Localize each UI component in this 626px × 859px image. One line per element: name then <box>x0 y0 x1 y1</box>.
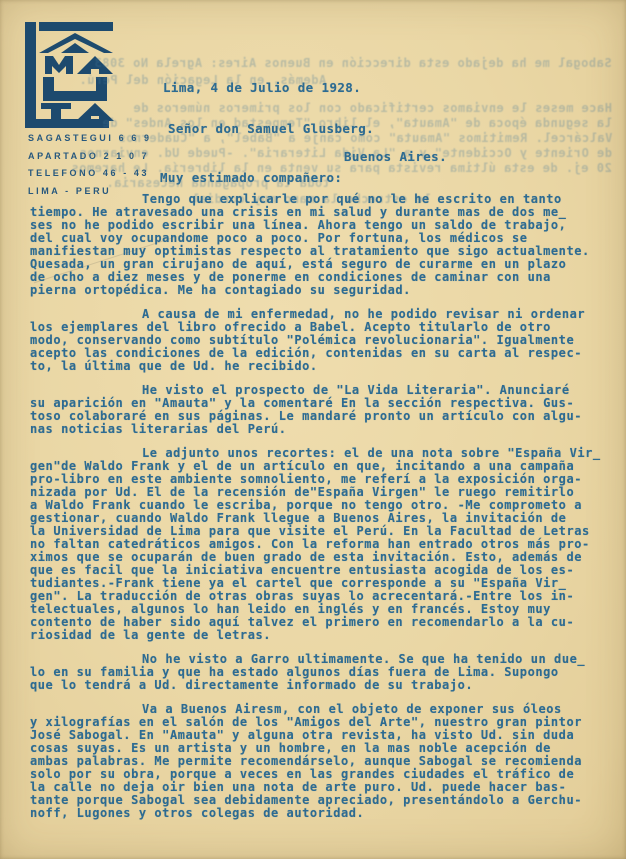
paragraph: He visto el prospecto de "La Vida Litera… <box>30 384 616 436</box>
address-line-street: SAGASTEGUI 6 6 9 <box>28 130 178 148</box>
letter-page: SAGASTEGUI 6 6 9 APARTADO 2 1 0 7 TELEFO… <box>0 0 626 859</box>
paragraph: No he visto a Garro ultimamente. Se que … <box>30 653 616 692</box>
letter-line: riosidad de la gente de letras. <box>30 629 616 642</box>
letter-line: que lo tendrá a Ud. directamente informa… <box>30 679 616 692</box>
paragraph: A causa de mi enfermedad, no he podido r… <box>30 308 616 373</box>
recipient-city: Buenos Aires. <box>344 149 447 164</box>
bleedthrough-line: Sabogal me ha dejado esta dirección en B… <box>94 56 612 70</box>
address-line-apartado: APARTADO 2 1 0 7 <box>28 148 178 166</box>
paragraph: Tengo que explicarle por qué no le he es… <box>30 193 616 297</box>
letterhead-address: SAGASTEGUI 6 6 9 APARTADO 2 1 0 7 TELEFO… <box>28 130 178 200</box>
letter-body: Tengo que explicarle por qué no le he es… <box>30 193 616 831</box>
address-line-telefono: TELEFONO 46 - 43 <box>28 165 178 183</box>
paragraph: Le adjunto unos recortes: el de una nota… <box>30 447 616 642</box>
bleedthrough-line: Hace meses le enviamos certificado con l… <box>133 101 612 115</box>
letter-line: pierna ortopédica. Me ha contagiado su s… <box>30 284 616 297</box>
dateline: Lima, 4 de Julio de 1928. <box>163 80 361 95</box>
letter-line: to, la última que de Ud. he recibido. <box>30 360 616 373</box>
letter-line: nas noticias literarias del Perú. <box>30 423 616 436</box>
paragraph: Va a Buenos Airesm, con el objeto de exp… <box>30 703 616 820</box>
recipient: Señor don Samuel Glusberg. <box>168 121 374 136</box>
salutation: Muy estimado compañero: <box>160 170 342 185</box>
letter-line: noff, Lugones y otros colegas de autorid… <box>30 807 616 820</box>
amauta-logo <box>25 22 125 128</box>
